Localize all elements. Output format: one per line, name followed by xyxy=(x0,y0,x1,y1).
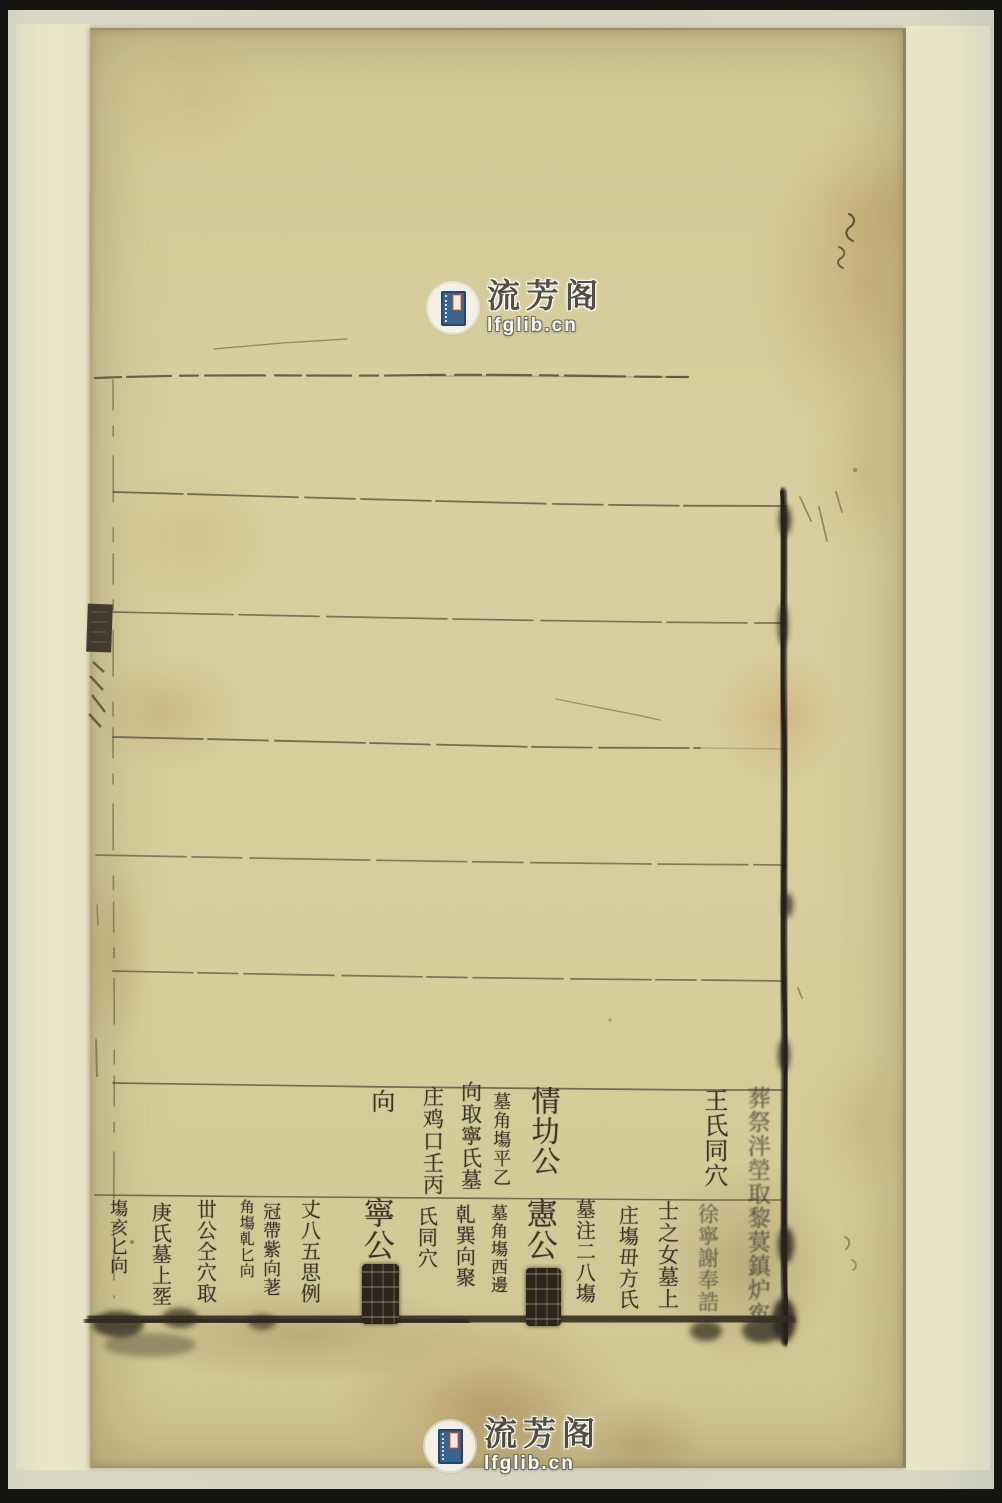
site-watermark-lower: 流芳阁 lfglib.cn xyxy=(425,1419,601,1473)
mount-left-strip xyxy=(16,24,90,1470)
watermark-domain-text: lfglib.cn xyxy=(487,316,604,335)
text-column-l6: 乹巽向聚 xyxy=(452,1204,474,1288)
text-column-l12: 丗公仝穴取 xyxy=(193,1199,215,1304)
text-column-l13: 庚氏墓上㘸 xyxy=(148,1202,170,1307)
watermark-brand-text: 流芳阁 xyxy=(487,281,604,314)
text-column-l4-xiangong: 憲公 xyxy=(521,1197,556,1261)
text-column-l7: 氏同穴 xyxy=(414,1206,436,1269)
watermark-badge xyxy=(428,283,478,333)
text-column-l3: 墓注二八塲 xyxy=(572,1199,594,1304)
text-column-l5: 墓角塲西邊 xyxy=(488,1204,507,1294)
text-column-u1: 葬祭泮塋取黎蓂鎮炉寃 xyxy=(744,1086,770,1326)
scanned-book-page: 葬祭泮塋取黎蓂鎮炉寃 王氏同穴 徐寧謝奉誥 情㘦公 墓角塲平乙 向取寧氏墓 庄鸡… xyxy=(0,0,1002,1503)
text-column-l14: 塲亥匕向 xyxy=(108,1199,128,1275)
watermark-domain-text: lfglib.cn xyxy=(484,1454,601,1473)
thread-bound-book-icon xyxy=(441,291,466,326)
text-column-u3: 徐寧謝奉誥 xyxy=(695,1203,719,1313)
seal-box-under-ninggong xyxy=(362,1264,399,1324)
text-column-u8: 向 xyxy=(366,1089,393,1114)
text-column-l10: 冠帶紫向荖 xyxy=(261,1202,281,1297)
text-column-l8-ninggong: 寧公 xyxy=(358,1197,393,1261)
text-column-u5: 墓角塲平乙 xyxy=(491,1092,511,1187)
text-column-u6: 向取寧氏墓 xyxy=(458,1081,482,1191)
text-column-l2: 庄塲毌方氏 xyxy=(615,1205,637,1310)
text-column-l11: 角塲乹匕向 xyxy=(237,1199,254,1279)
thread-bound-book-icon xyxy=(438,1429,463,1464)
watermark-badge xyxy=(425,1421,475,1471)
seal-box-under-xiangong xyxy=(526,1268,561,1326)
watermark-brand-text: 流芳阁 xyxy=(484,1419,601,1452)
text-column-u2: 王氏同穴 xyxy=(699,1088,726,1188)
text-column-l1: 士之女墓上 xyxy=(655,1200,679,1310)
mount-right-strip xyxy=(906,26,990,1470)
text-column-l9: 丈八五思例 xyxy=(297,1199,319,1304)
site-watermark-upper: 流芳阁 lfglib.cn xyxy=(428,281,604,335)
text-column-u4: 情㘦公 xyxy=(527,1086,559,1176)
text-column-u7: 庄鸡口壬丙 xyxy=(420,1086,444,1196)
